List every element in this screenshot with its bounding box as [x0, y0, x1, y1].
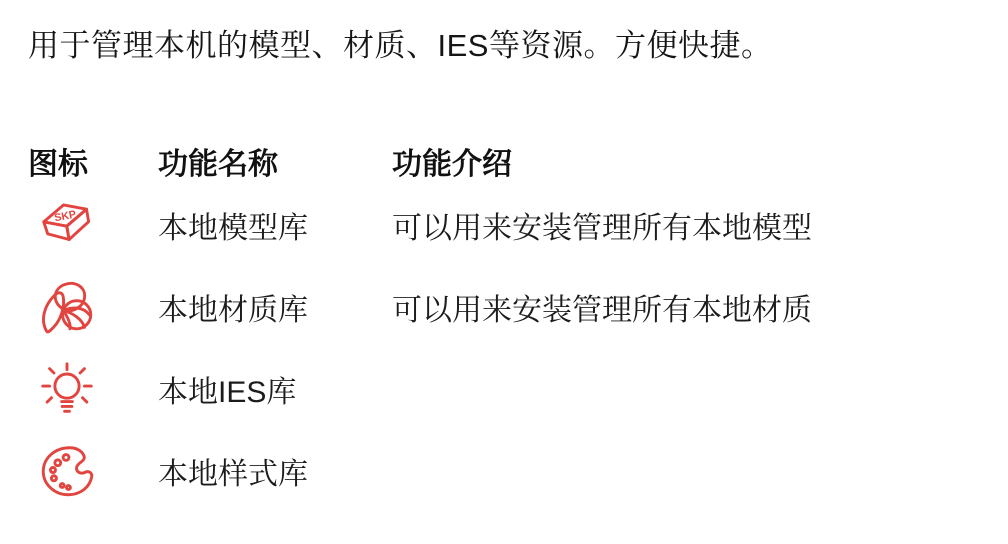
column-header-icon: 图标 [28, 138, 158, 184]
table-row-3-description [392, 348, 992, 430]
table-row-1-name: 本地模型库 [158, 184, 392, 266]
material-ball-leaf-icon [36, 276, 98, 338]
table-row-2-icon-cell [28, 266, 158, 348]
table-row-3-name: 本地IES库 [158, 348, 392, 430]
page: { "colors": { "icon_red": "#e2453f", "te… [0, 0, 1008, 544]
table-row-4-description [392, 430, 992, 512]
palette-icon [36, 440, 98, 502]
intro-text: 用于管理本机的模型、材质、IES等资源。方便快捷。 [28, 26, 1008, 66]
table-row-1-icon-cell: SKP [28, 184, 158, 266]
document-page: 用于管理本机的模型、材质、IES等资源。方便快捷。 图标 功能名称 功能介绍 S… [0, 0, 1008, 512]
table-row-4-icon-cell [28, 430, 158, 512]
skp-model-box-icon: SKP [36, 194, 98, 256]
light-bulb-icon [36, 358, 98, 420]
column-header-description: 功能介绍 [392, 138, 992, 184]
table-row-1-description: 可以用来安装管理所有本地模型 [392, 184, 992, 266]
features-table: 图标 功能名称 功能介绍 SKP 本地模型库 可以用来安装管理所有本地模型 [28, 138, 1008, 512]
table-row-3-icon-cell [28, 348, 158, 430]
table-row-2-name: 本地材质库 [158, 266, 392, 348]
table-row-4-name: 本地样式库 [158, 430, 392, 512]
table-row-2-description: 可以用来安装管理所有本地材质 [392, 266, 992, 348]
column-header-name: 功能名称 [158, 138, 392, 184]
